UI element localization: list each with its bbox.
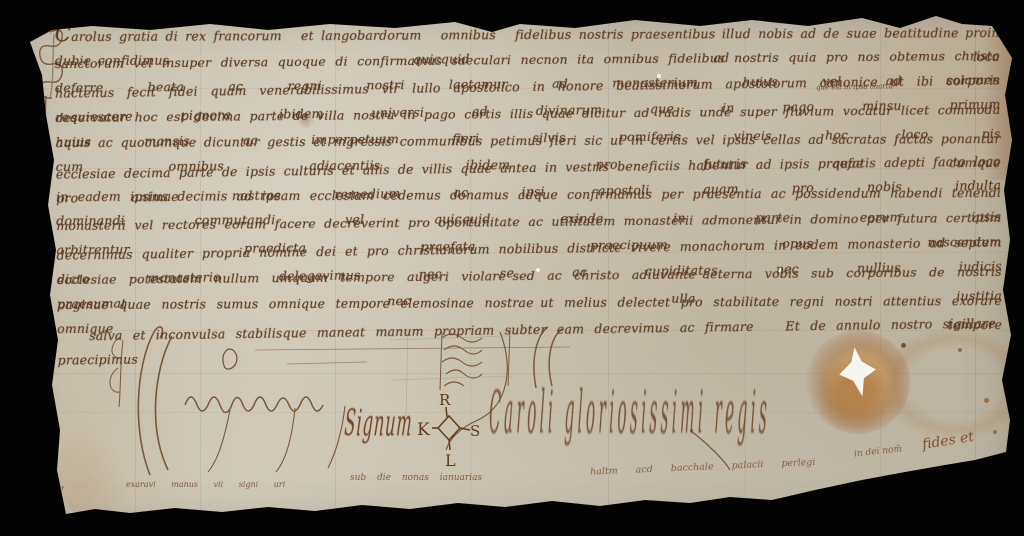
monogram-letter-s: S (470, 422, 480, 440)
rust-speck (901, 343, 906, 348)
interlinear-note: que est in ipsa charta (816, 82, 893, 91)
charter-body-text: Carolus gratia di rex francorum et lango… (55, 17, 1003, 349)
royal-name-subscription: Caroli gloriosissimi regis (488, 378, 771, 448)
monogram-letter-r: R (439, 391, 451, 409)
date-note: sub die nonas ianuarias (350, 473, 482, 483)
monogram-letter-k: K (417, 420, 430, 440)
monogram-letter-l: L (445, 451, 456, 470)
rust-speck (984, 398, 989, 403)
rust-speck (958, 348, 962, 352)
karolus-monogram-icon: K R S L (412, 390, 488, 474)
scribe-note: exaravi manus vii signi uri (126, 480, 386, 489)
parchment-sheet: Carolus gratia di rex francorum et lango… (0, 0, 1024, 536)
seal-hole-star (836, 346, 880, 398)
body-line: in eadem ipsius decimis ad ipsam ecclesi… (56, 181, 1001, 212)
signum-word: Signum (343, 401, 414, 445)
body-line: Carolus gratia di rex francorum et lango… (55, 19, 1000, 50)
rust-speck (993, 430, 997, 434)
charter-photograph: Carolus gratia di rex francorum et lango… (0, 0, 1024, 536)
